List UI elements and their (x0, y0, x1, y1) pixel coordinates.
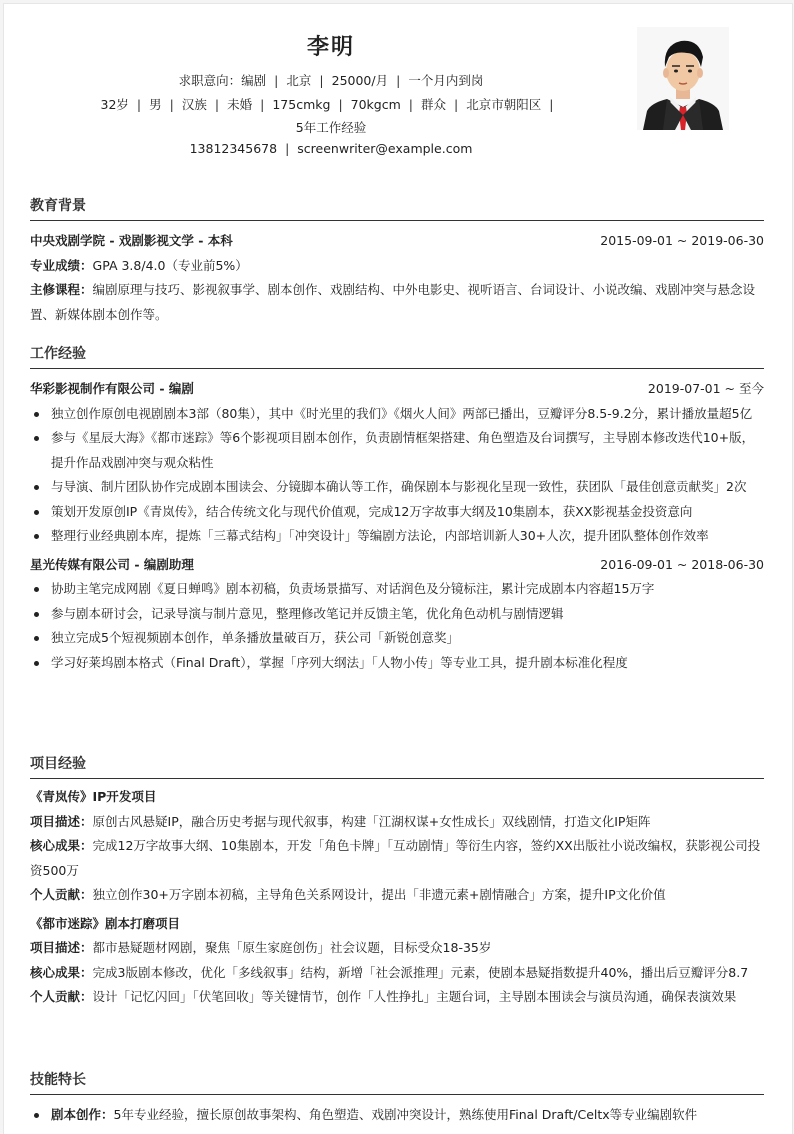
weight: 70kgcm (351, 97, 401, 112)
result-label: 核心成果 (30, 838, 80, 853)
intent-city: 北京 (286, 73, 311, 88)
project-entry: 《青岚传》IP开发项目 项目描述：原创古风悬疑IP，融合历史考据与现代叙事，构建… (30, 785, 764, 908)
job-date: 2019-07-01 ~ 至今 (648, 377, 764, 402)
courses-label: 主修课程 (30, 282, 80, 297)
school-degree: 中央戏剧学院 - 戏剧影视文学 - 本科 (30, 229, 233, 254)
job-entry: 华彩影视制作有限公司 - 编剧 2019-07-01 ~ 至今 独立创作原创电视… (30, 377, 764, 549)
project-contrib: 个人贡献：设计「记忆闪回」「伏笔回收」等关键情节，创作「人性挣扎」主题台词，主导… (30, 985, 764, 1010)
skills-list: 剧本创作：5年专业经验，擅长原创故事架构、角色塑造、戏剧冲突设计，熟练使用Fin… (30, 1103, 764, 1123)
age: 32岁 (101, 97, 129, 112)
desc-text: 原创古风悬疑IP，融合历史考据与现代叙事，构建「江湖权谋+女性成长」双线剧情，打… (93, 814, 651, 829)
job-entry-header: 华彩影视制作有限公司 - 编剧 2019-07-01 ~ 至今 (30, 377, 764, 402)
projects-section: 项目经验 《青岚传》IP开发项目 项目描述：原创古风悬疑IP，融合历史考据与现代… (30, 755, 764, 1010)
contrib-label: 个人贡献 (30, 989, 80, 1004)
result-text: 完成3版剧本修改，优化「多线叙事」结构，新增「社会派推理」元素，使剧本悬疑指数提… (93, 965, 749, 980)
project-desc: 项目描述：都市悬疑题材网剧，聚焦「原生家庭创伤」社会议题，目标受众18-35岁 (30, 936, 764, 961)
project-name: 《青岚传》IP开发项目 (30, 785, 764, 810)
gender: 男 (149, 97, 162, 112)
job-entry-header: 星光传媒有限公司 - 编剧助理 2016-09-01 ~ 2018-06-30 (30, 553, 764, 578)
gpa-value: GPA 3.8/4.0（专业前5%） (93, 258, 248, 273)
project-result: 核心成果：完成3版剧本修改，优化「多线叙事」结构，新增「社会派推理」元素，使剧本… (30, 961, 764, 986)
courses-row: 主修课程：编剧原理与技巧、影视叙事学、剧本创作、戏剧结构、中外电影史、视听语言、… (30, 278, 764, 327)
result-text: 完成12万字故事大纲、10集剧本，开发「角色卡牌」「互动剧情」等衍生内容，签约X… (30, 838, 760, 878)
desc-label: 项目描述 (30, 814, 80, 829)
section-title-education: 教育背景 (30, 197, 764, 221)
list-item: 整理行业经典剧本库，提炼「三幕式结构」「冲突设计」等编剧方法论，内部培训新人30… (30, 524, 764, 549)
contrib-text: 设计「记忆闪回」「伏笔回收」等关键情节，创作「人性挣扎」主题台词，主导剧本围读会… (93, 989, 737, 1004)
candidate-name: 李明 (0, 30, 662, 61)
project-name: 《都市迷踪》剧本打磨项目 (30, 912, 764, 937)
courses-value: 编剧原理与技巧、影视叙事学、剧本创作、戏剧结构、中外电影史、视听语言、台词设计、… (30, 282, 755, 322)
result-label: 核心成果 (30, 965, 80, 980)
marital-status: 未婚 (227, 97, 252, 112)
skill-text: 5年专业经验，擅长原创故事架构、角色塑造、戏剧冲突设计，熟练使用Final Dr… (114, 1107, 698, 1122)
list-item: 独立完成5个短视频剧本创作，单条播放量破百万，获公司「新锐创意奖」 (30, 626, 764, 651)
height: 175cmkg (272, 97, 330, 112)
job-entry: 星光传媒有限公司 - 编剧助理 2016-09-01 ~ 2018-06-30 … (30, 553, 764, 676)
list-item: 学习好莱坞剧本格式（Final Draft），掌握「序列大纲法」「人物小传」等专… (30, 651, 764, 676)
intent-availability: 一个月内到岗 (408, 73, 483, 88)
phone-number: 13812345678 (190, 141, 277, 156)
section-title-skills: 技能特长 (30, 1071, 764, 1095)
contrib-text: 独立创作30+万字剧本初稿，主导角色关系网设计，提出「非遗元素+剧情融合」方案，… (93, 887, 666, 902)
gpa-row: 专业成绩：GPA 3.8/4.0（专业前5%） (30, 254, 764, 279)
desc-label: 项目描述 (30, 940, 80, 955)
list-item: 与导演、制片团队协作完成剧本围读会、分镜脚本确认等工作，确保剧本与影视化呈现一致… (30, 475, 764, 500)
avatar (637, 27, 729, 130)
education-date: 2015-09-01 ~ 2019-06-30 (600, 229, 764, 254)
skill-label: 剧本创作 (51, 1107, 101, 1122)
project-result: 核心成果：完成12万字故事大纲、10集剧本，开发「角色卡牌」「互动剧情」等衍生内… (30, 834, 764, 883)
list-item: 策划开发原创IP《青岚传》，结合传统文化与现代价值观，完成12万字故事大纲及10… (30, 500, 764, 525)
address: 北京市朝阳区 (466, 97, 541, 112)
list-item: 参与剧本研讨会，记录导演与制片意见，整理修改笔记并反馈主笔，优化角色动机与剧情逻… (30, 602, 764, 627)
experience-years: 5年工作经验 (0, 118, 662, 136)
section-title-projects: 项目经验 (30, 755, 764, 779)
job-bullets: 独立创作原创电视剧剧本3部（80集），其中《时光里的我们》《烟火人间》两部已播出… (30, 402, 764, 549)
education-entry-header: 中央戏剧学院 - 戏剧影视文学 - 本科 2015-09-01 ~ 2019-0… (30, 229, 764, 254)
work-section: 工作经验 华彩影视制作有限公司 - 编剧 2019-07-01 ~ 至今 独立创… (30, 345, 764, 675)
contrib-label: 个人贡献 (30, 887, 80, 902)
company-role: 星光传媒有限公司 - 编剧助理 (30, 553, 194, 578)
avatar-illustration-icon (637, 27, 729, 130)
project-contrib: 个人贡献：独立创作30+万字剧本初稿，主导角色关系网设计，提出「非遗元素+剧情融… (30, 883, 764, 908)
basic-info-line: 32岁|男|汉族|未婚|175cmkg|70kgcm|群众|北京市朝阳区| (0, 95, 662, 113)
education-section: 教育背景 中央戏剧学院 - 戏剧影视文学 - 本科 2015-09-01 ~ 2… (30, 197, 764, 327)
company-role: 华彩影视制作有限公司 - 编剧 (30, 377, 194, 402)
project-desc: 项目描述：原创古风悬疑IP，融合历史考据与现代叙事，构建「江湖权谋+女性成长」双… (30, 810, 764, 835)
desc-text: 都市悬疑题材网剧，聚焦「原生家庭创伤」社会议题，目标受众18-35岁 (93, 940, 492, 955)
job-intent-line: 求职意向：编剧|北京|25000/月|一个月内到岗 (0, 71, 662, 89)
section-title-work: 工作经验 (30, 345, 764, 369)
skills-section: 技能特长 剧本创作：5年专业经验，擅长原创故事架构、角色塑造、戏剧冲突设计，熟练… (30, 1071, 764, 1123)
job-bullets: 协助主笔完成网剧《夏日蝉鸣》剧本初稿，负责场景描写、对话润色及分镜标注，累计完成… (30, 577, 764, 675)
list-item: 参与《星辰大海》《都市迷踪》等6个影视项目剧本创作，负责剧情框架搭建、角色塑造及… (30, 426, 764, 475)
list-item: 剧本创作：5年专业经验，擅长原创故事架构、角色塑造、戏剧冲突设计，熟练使用Fin… (30, 1103, 764, 1123)
intent-salary: 25000/月 (332, 73, 388, 88)
list-item: 协助主笔完成网剧《夏日蝉鸣》剧本初稿，负责场景描写、对话润色及分镜标注，累计完成… (30, 577, 764, 602)
contact-line: 13812345678|screenwriter@example.com (0, 141, 662, 156)
job-intent: 求职意向：编剧 (179, 73, 267, 88)
list-item: 独立创作原创电视剧剧本3部（80集），其中《时光里的我们》《烟火人间》两部已播出… (30, 402, 764, 427)
gpa-label: 专业成绩 (30, 258, 80, 273)
political-status: 群众 (421, 97, 446, 112)
email-address: screenwriter@example.com (297, 141, 472, 156)
job-date: 2016-09-01 ~ 2018-06-30 (600, 553, 764, 578)
project-entry: 《都市迷踪》剧本打磨项目 项目描述：都市悬疑题材网剧，聚焦「原生家庭创伤」社会议… (30, 912, 764, 1010)
ethnicity: 汉族 (182, 97, 207, 112)
